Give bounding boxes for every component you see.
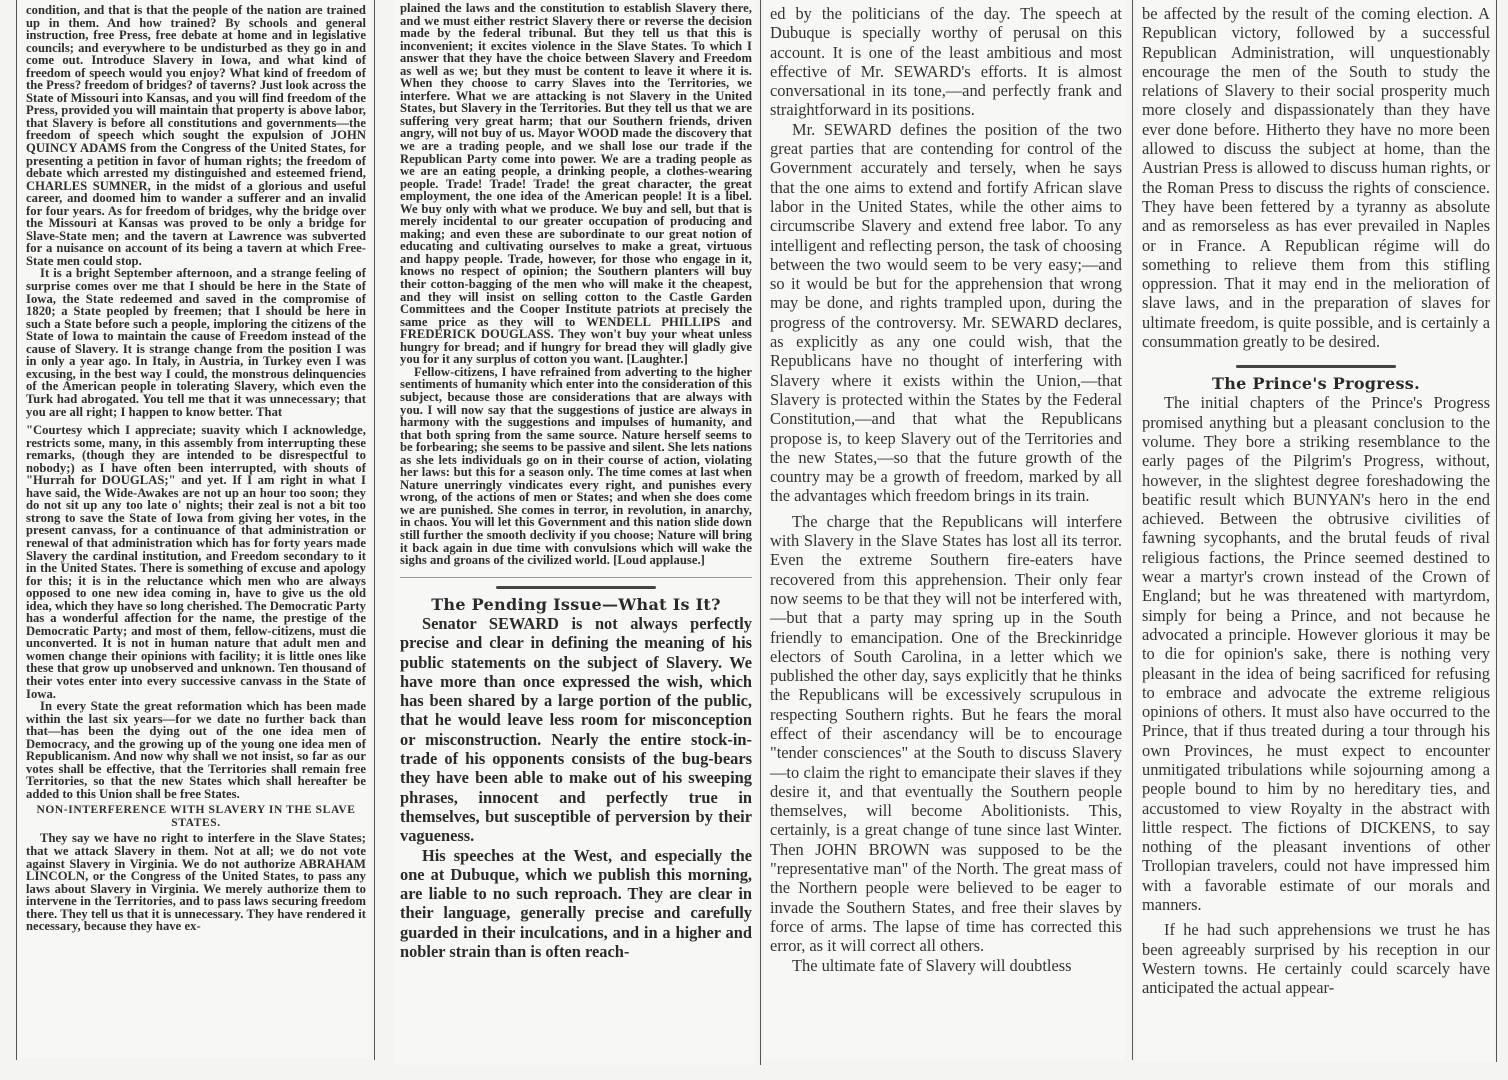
col1-paragraph-1: condition, and that is that the people o… bbox=[26, 4, 366, 267]
col4-article-paragraph-1: The initial chapters of the Prince's Pro… bbox=[1142, 393, 1490, 914]
col1-paragraph-5: They say we have no right to interfere i… bbox=[26, 832, 366, 932]
column-4: be affected by the result of the coming … bbox=[1136, 0, 1494, 1062]
col3-paragraph-1: ed by the politicians of the day. The sp… bbox=[770, 4, 1122, 120]
col1-paragraph-3: "Courtesy which I appreciate; suavity wh… bbox=[26, 424, 366, 700]
article-heading-pending-issue: The Pending Issue—What Is It? bbox=[400, 595, 752, 614]
column-rule-5 bbox=[1496, 0, 1497, 1062]
column-rule-2 bbox=[374, 0, 375, 1060]
col2-article-paragraph-1: Senator SEWARD is not always perfectly p… bbox=[400, 614, 752, 846]
col3-paragraph-3: The charge that the Republicans will int… bbox=[770, 512, 1122, 956]
col2-speech-continuation: plained the laws and the constitution to… bbox=[400, 2, 752, 578]
col3-paragraph-4: The ultimate fate of Slavery will doubtl… bbox=[770, 956, 1122, 975]
col4-paragraph-1: be affected by the result of the coming … bbox=[1142, 4, 1490, 351]
col1-paragraph-4: In every State the great reformation whi… bbox=[26, 700, 366, 800]
article-heading-princes-progress: The Prince's Progress. bbox=[1142, 374, 1490, 393]
column-2: plained the laws and the constitution to… bbox=[394, 0, 756, 1065]
col4-article-paragraph-2: If he had such apprehensions we trust he… bbox=[1142, 920, 1490, 997]
column-1: condition, and that is that the people o… bbox=[18, 0, 370, 1058]
col3-paragraph-2: Mr. SEWARD defines the position of the t… bbox=[770, 120, 1122, 506]
col2-article-body: Senator SEWARD is not always perfectly p… bbox=[400, 614, 752, 961]
section-divider bbox=[496, 586, 656, 589]
section-divider bbox=[1236, 365, 1396, 368]
column-rule-1 bbox=[16, 0, 17, 1060]
column-3: ed by the politicians of the day. The sp… bbox=[764, 0, 1126, 1060]
col1-subheading: NON-INTERFERENCE WITH SLAVERY IN THE SLA… bbox=[26, 804, 366, 830]
col2-paragraph-1: plained the laws and the constitution to… bbox=[400, 2, 752, 366]
col2-paragraph-2: Fellow-citizens, I have refrained from a… bbox=[400, 366, 752, 567]
col2-article-paragraph-2: His speeches at the West, and especially… bbox=[400, 846, 752, 962]
column-rule-4 bbox=[1132, 0, 1133, 1060]
column-rule-3 bbox=[760, 0, 761, 1065]
col1-paragraph-2: It is a bright September afternoon, and … bbox=[26, 267, 366, 418]
